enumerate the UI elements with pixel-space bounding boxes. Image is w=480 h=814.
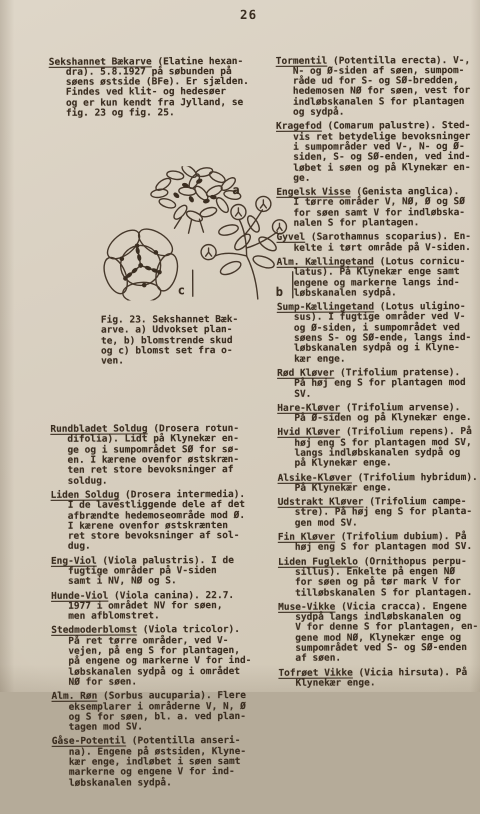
species-entry: Muse-Vikke (Vicia cracca). Engenesydpå l… xyxy=(278,602,478,665)
figure-label-c: c xyxy=(177,283,184,297)
entry-line: kelte i tørt område på V-siden. xyxy=(277,243,477,254)
species-entry: Hare-Kløver (Trifolium arvense).På Ø-sid… xyxy=(277,403,477,424)
entry-line: af søen. xyxy=(278,653,478,664)
figure-caption: Fig. 23. Sekshannet Bæk-arve. a) Udvokse… xyxy=(101,315,260,367)
species-entry: Gyvel (Sarothamnus scoparius). En-kelte … xyxy=(277,232,477,253)
species-entry: Liden Soldug (Drosera intermedia).I de l… xyxy=(51,490,261,553)
species-entry: Fin Kløver (Trifolium dubium). Påhøj eng… xyxy=(278,532,478,553)
figure-23-drawing: a c b xyxy=(95,165,303,300)
right-column: Tormentil (Potentilla erecta). V-,N- og … xyxy=(276,35,479,692)
entry-line: løbskanalen sydpå. xyxy=(277,288,477,299)
figure-caption-line: og c) blomst set fra o- xyxy=(101,346,260,357)
species-name: Hvid Kløver xyxy=(277,427,340,438)
left-column-entries: Rundbladet Soldug (Drosera rotun-difolia… xyxy=(50,424,262,692)
entry-line: høj eng S for plantagen mod SV. xyxy=(278,542,478,553)
species-entry: Stedmoderblomst (Viola tricolor).På ret … xyxy=(51,625,261,688)
species-name: Gyvel xyxy=(277,232,306,243)
entry-line: kær enge. xyxy=(277,354,477,365)
entry-line: nalen S for plantagen. xyxy=(276,218,476,229)
right-column-entries: Tormentil (Potentilla erecta). V-,N- og … xyxy=(276,56,479,689)
entry-line: SV. xyxy=(277,388,477,399)
scanned-book-page: 26 Sekshannet Bækarve (Elatine hexan-dra… xyxy=(0,0,480,692)
figure-label-a: a xyxy=(232,183,239,197)
plant-a-drawing xyxy=(150,165,241,233)
species-entry: Tormentil (Potentilla erecta). V-,N- og … xyxy=(276,56,476,119)
species-entry: Kragefod (Comarum palustre). Sted-vis re… xyxy=(276,121,476,184)
entry-line: gen mod SV. xyxy=(278,518,478,529)
entry-line: og sydpå. xyxy=(276,107,476,118)
species-entry: Sump-Kællingetand (Lotus uligino-sus). I… xyxy=(277,302,477,365)
entry-line: soldug. xyxy=(51,476,261,487)
species-entry: Hvid Kløver (Trifolium repens). Påhøj en… xyxy=(277,427,477,469)
species-entry: Eng-Viol (Viola palustris). I defugtige … xyxy=(51,556,261,588)
species-entry: Engelsk Visse (Genista anglica).I tørre … xyxy=(276,187,476,229)
species-entry: Rød Kløver (Trifolium pratense).På høj e… xyxy=(277,368,477,400)
species-first-line-rest: (Trifolium hybridum). xyxy=(352,472,478,484)
entry-line: på Klynekær enge. xyxy=(277,458,477,469)
page-content: 26 Sekshannet Bækarve (Elatine hexan-dra… xyxy=(0,0,480,692)
entry-line: fig. 23 og fig. 25. xyxy=(49,108,259,119)
page-number: 26 xyxy=(0,6,479,23)
species-entry: Tofrøet Vikke (Vicia hirsuta). PåKlynekæ… xyxy=(278,668,478,689)
species-entry: Rundbladet Soldug (Drosera rotun-difolia… xyxy=(50,424,260,487)
entry-line: men afblomstret. xyxy=(51,611,261,622)
entry-line: NØ for søen. xyxy=(51,677,261,688)
figure-caption-line: ven. xyxy=(101,356,260,367)
entry-line: tilløbskanalen S for plantagen. xyxy=(278,588,478,599)
species-entry: Hunde-Viol (Viola canina). 22.7.1977 i o… xyxy=(51,590,261,622)
entry-line: ge. xyxy=(276,173,476,184)
flower-c-drawing xyxy=(99,223,181,300)
species-entry: Liden Fugleklo (Ornithopus perpu-sillus)… xyxy=(278,557,478,599)
species-entry: Alsike-Kløver (Trifolium hybridum).På Kl… xyxy=(278,473,478,494)
entry-line: dug. xyxy=(51,541,261,552)
species-first-line-rest: (Vicia hirsuta). På xyxy=(353,667,467,678)
entry-line: Klynekær enge. xyxy=(278,678,478,689)
species-name: Kragefod xyxy=(276,121,322,132)
left-column: Sekshannet Bækarve (Elatine hexan-dra). … xyxy=(49,36,262,692)
species-entry: Udstrakt Kløver (Trifolium campe-stre). … xyxy=(278,497,478,529)
entry-line: På Klynekær enge. xyxy=(278,483,478,494)
species-entry: Sekshannet Bækarve (Elatine hexan-dra). … xyxy=(49,57,259,120)
entry-line: På høj eng S for plantagen mod xyxy=(277,378,477,389)
entry-line: På Ø-siden og på Klynekær enge. xyxy=(277,413,477,424)
figure-23: a c b Fig. 23. Sekshannet Bæk-arve. a) U… xyxy=(49,155,260,388)
left-column-top-entries: Sekshannet Bækarve (Elatine hexan-dra). … xyxy=(49,57,259,120)
species-entry: Alm. Kællingetand (Lotus cornicu-latus).… xyxy=(277,257,477,299)
plant-b-drawing xyxy=(201,196,287,299)
entry-line: samt i NV, NØ og S. xyxy=(51,576,261,587)
